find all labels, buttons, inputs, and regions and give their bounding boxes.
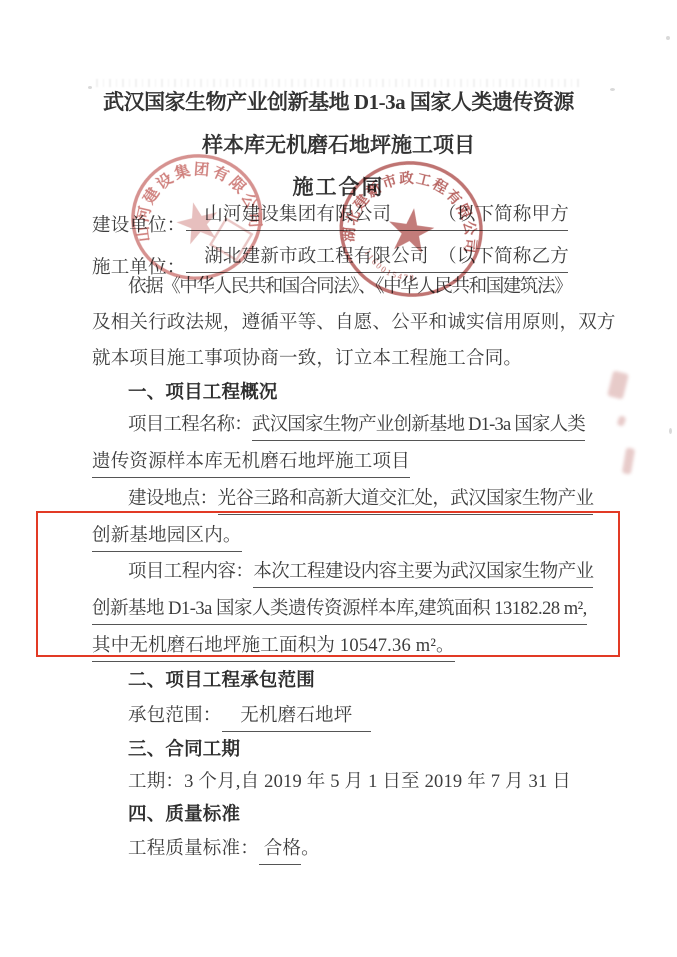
field-label: 建设地点： [128,487,218,511]
text-line: 及相关行政法规，遵循平等、自愿、公平和诚实信用原则，双方 [92,311,616,335]
field-label: 一、项目工程概况 [128,381,278,405]
text-line: 项目工程内容：本次工程建设内容主要为武汉国家生物产业 [128,560,593,588]
document-title-line2: 样本库无机磨石地坪施工项目 [0,129,677,159]
text-line: 建设地点：光谷三路和高新大道交汇处，武汉国家生物产业 [128,487,593,515]
field-label: 依据《中华人民共和国合同法》、《中华人民共和国建筑法》 [128,275,571,299]
text-line: 四、质量标准 [128,803,240,827]
filled-in-value: 其中无机磨石地坪施工面积为 10547.36 m²。 [92,634,455,662]
text-line: 一、项目工程概况 [128,381,278,405]
filled-in-value: 创新基地 D1-3a 国家人类遗传资源样本库,建筑面积 13182.28 m², [92,597,587,625]
scan-speck [669,428,672,434]
text-line: 创新基地 D1-3a 国家人类遗传资源样本库,建筑面积 13182.28 m², [92,597,587,625]
filled-in-value: 合格 [259,837,301,865]
filled-in-value: 遗传资源样本库无机磨石地坪施工项目 [92,450,410,478]
text-line: 建设单位： 山河建设集团有限公司 （以下简称甲方） [92,203,568,238]
text-line: 遗传资源样本库无机磨石地坪施工项目 [92,450,410,478]
field-label: 项目工程名称： [128,413,252,437]
text-line: 工期：3 个月,自 2019 年 5 月 1 日至 2019 年 7 月 31 … [128,770,571,794]
text-line: 依据《中华人民共和国合同法》、《中华人民共和国建筑法》 [128,275,571,299]
field-label: 四、质量标准 [128,803,240,827]
document-title-line1: 武汉国家生物产业创新基地 D1-3a 国家人类遗传资源 [0,86,677,116]
filled-in-value: 光谷三路和高新大道交汇处，武汉国家生物产业 [218,487,594,515]
text-line: 其中无机磨石地坪施工面积为 10547.36 m²。 [92,634,455,662]
faint-stamp-fragment [604,372,644,492]
contract-page: 武汉国家生物产业创新基地 D1-3a 国家人类遗传资源 样本库无机磨石地坪施工项… [0,0,677,957]
field-label: 工期：3 个月,自 2019 年 5 月 1 日至 2019 年 7 月 31 … [128,770,571,794]
text-line: 二、项目工程承包范围 [128,669,315,693]
filled-in-value: 湖北建新市政工程有限公司 （以下简称乙方） [186,245,568,273]
field-label: 三、合同工期 [128,738,240,762]
filled-in-value: 本次工程建设内容主要为武汉国家生物产业 [253,560,593,588]
text-line: 项目工程名称：武汉国家生物产业创新基地 D1-3a 国家人类 [128,413,585,441]
text-line: 承包范围： 无机磨石地坪 [128,704,371,732]
filled-in-value: 武汉国家生物产业创新基地 D1-3a 国家人类 [252,413,585,441]
field-label: 建设单位： [92,214,186,238]
text-line: 创新基地园区内。 [92,524,242,552]
field-label: 承包范围： [128,704,222,728]
field-label: 二、项目工程承包范围 [128,669,315,693]
field-label: 就本项目施工事项协商一致，订立本工程施工合同。 [92,347,522,371]
filled-in-value: 山河建设集团有限公司 （以下简称甲方） [186,203,568,231]
field-label: 项目工程内容： [128,560,253,584]
field-label: 。 [301,837,320,861]
text-line: 就本项目施工事项协商一致，订立本工程施工合同。 [92,347,522,371]
field-label: 工程质量标准： [128,837,259,861]
text-line: 工程质量标准： 合格。 [128,837,320,865]
text-line: 三、合同工期 [128,738,240,762]
filled-in-value: 创新基地园区内。 [92,524,242,552]
document-title-line3: 施工合同 [0,171,677,201]
scan-speck [666,36,670,40]
filled-in-value: 无机磨石地坪 [222,704,372,732]
field-label: 及相关行政法规，遵循平等、自愿、公平和诚实信用原则，双方 [92,311,616,335]
